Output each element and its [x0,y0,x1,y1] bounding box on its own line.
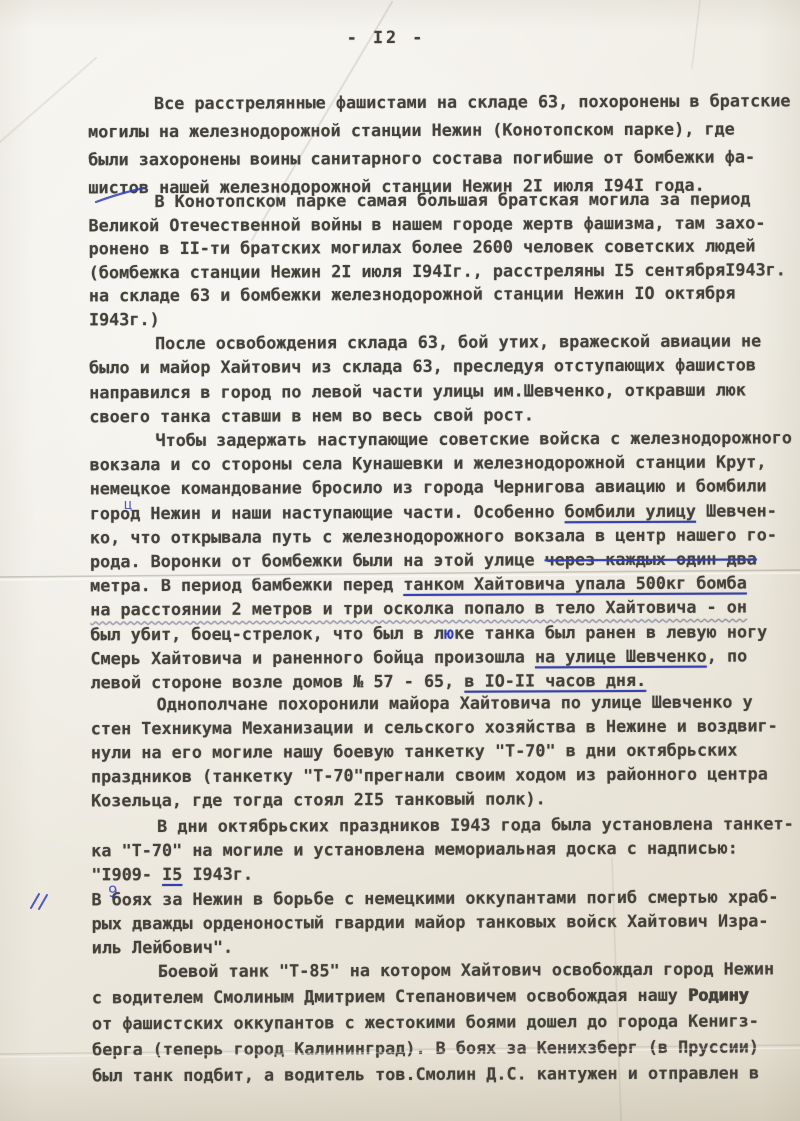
document-line: было и майор Хайтович из склада 63, прес… [89,353,800,381]
document-line: на складе 63 и бомбежки железнодорожной … [89,281,800,308]
document-line: берга (теперь город Калининград). В боях… [92,1033,800,1062]
document-line: вокзала и со стороны села Кунашевки и же… [90,449,800,476]
document-line: В боях за Нежин в борьбе с немецкими окк… [91,884,800,911]
document-line: праздников (танкетку "Т-70"прегнали свои… [91,761,800,788]
document-body: Все расстрелянные фашистами на складе 63… [0,0,798,2]
document-line: Все расстрелянные фашистами на складе 63… [88,86,800,117]
document-line: от фашистских оккупантов с жестокими боя… [92,1007,800,1036]
document-line: рода. Воронки от бомбежки были на этой у… [90,546,800,573]
document-line: (бомбежка станции Нежин 2I июля I94Iг., … [89,258,800,285]
document-line: Смерь Хайтовича и раненного бойца произо… [90,643,800,670]
ink-underline-text: бомбили улицу [565,500,696,521]
ink-underline-text: в IO-II часов дня. [464,670,646,691]
document-line: был убит, боец-стрелок, что был в люке т… [90,619,800,646]
document-line: I943г.) [89,305,800,332]
document-line: Козельца, где тогда стоял 2I5 танковый п… [91,785,800,812]
document-line: После освобождения склада 63, бой утих, … [89,328,800,356]
ink-strikethrough-text: через каждых один два [545,548,757,569]
document-paragraph: Все расстрелянные фашистами на складе 63… [88,86,800,201]
document-line: нули на его могиле нашу боевую танкетку … [91,737,800,764]
document-line: Чтобы задержать наступающие советские во… [89,425,800,452]
ink-underline-text: танком Хайтовича упала 500кг бомба [403,573,747,594]
document-paragraph: Однополчане похоронили майора Хайтовича … [91,689,800,812]
document-line: "I909- I5 I943г. [91,860,800,887]
ink-overwritten-letter: ю [444,622,454,642]
ink-faint-underline-text: на расстоянии 2 метров и три осколка поп… [90,597,747,620]
document-line: В дни октябрьских праздников I943 года б… [91,811,800,838]
document-line: рых дважды орденоностый гвардии майор та… [92,908,800,935]
document-line: ронено в II-ти братских могилах более 26… [89,234,800,261]
document-line: был танк подбит, а водитель тов.Смолин Д… [92,1059,800,1088]
document-line: Боевой танк "Т-85" на котором Хайтович о… [92,955,800,984]
document-line: город Нежин и наши наступающие части. Ос… [90,498,800,525]
overstruck-text: Родину [688,984,749,1004]
scanned-typewritten-page: { "colors": { "paper": "#eeebe2", "ink":… [0,0,800,1121]
document-line: Великой Отечественной войны в нашем горо… [88,211,800,238]
ink-underline-text: на улице Шевченко [535,645,707,666]
document-text-layer: - I2 - Все расстрелянные фашистами на ск… [0,0,800,1121]
document-line: направился в город по левой части улицы … [89,377,800,405]
document-paragraph: В Конотопском парке самая большая братск… [88,187,800,331]
document-line: В Конотопском парке самая большая братск… [88,187,800,214]
document-paragraph: После освобождения склада 63, бой утих, … [89,328,800,429]
document-line: ко, что открывала путь с железнодорожног… [90,522,800,549]
document-line: были захоронены воины санитарного состав… [88,142,800,173]
document-line: на расстоянии 2 метров и три осколка поп… [90,595,800,622]
document-paragraph: Чтобы задержать наступающие советские во… [89,425,800,694]
page-number: - I2 - [347,27,426,47]
document-paragraph: Боевой танк "Т-85" на котором Хайтович о… [92,955,800,1088]
document-paragraph: В боях за Нежин в борьбе с немецкими окк… [91,884,800,960]
document-paragraph: В дни октябрьских праздников I943 года б… [91,811,800,887]
document-line: Однополчане похоронили майора Хайтовича … [91,689,800,716]
document-line: стен Техникума Механизации и сельского х… [91,713,800,740]
ink-underline-text: I5 [162,864,182,884]
document-line: могилы на железнодорожной станции Нежин … [88,114,800,145]
document-line: ка "Т-70" на могиле и установлена мемори… [91,835,800,862]
document-line: метра. В период бамбежки перед танком Ха… [90,570,800,597]
document-line: с водителем Смолиным Дмитрием Степанович… [92,981,800,1010]
document-line: немецкое командование бросило из города … [90,474,800,501]
